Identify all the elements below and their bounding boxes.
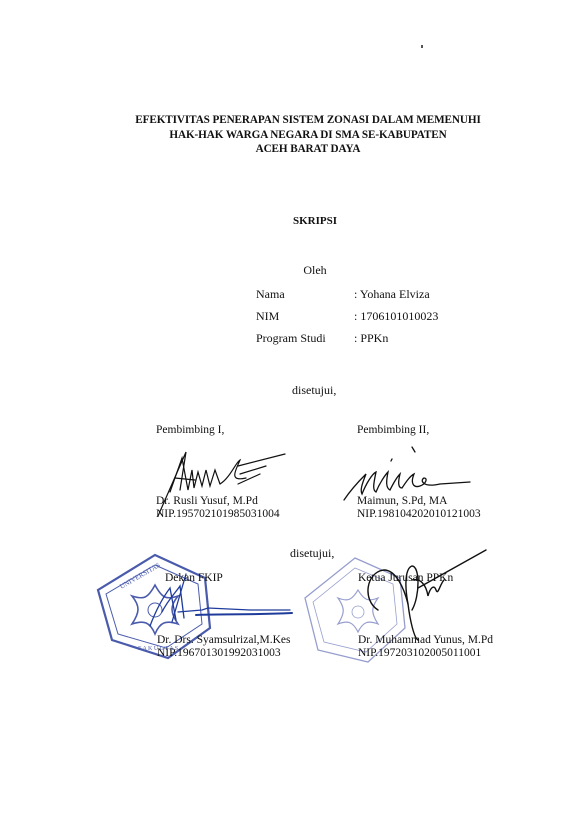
official-1-role: Dekan FKIP: [165, 571, 223, 585]
official-1-nip: NIP.196701301992031003: [157, 646, 281, 660]
supervisor-1-nip: NIP.195702101985031004: [156, 507, 280, 521]
supervisor-2-role: Pembimbing II,: [357, 423, 429, 437]
thesis-title-line-2: HAK-HAK WARGA NEGARA DI SMA SE-KABUPATEN: [100, 128, 516, 143]
thesis-title-line-3: ACEH BARAT DAYA: [100, 142, 516, 157]
info-label: Nama: [256, 287, 285, 302]
scan-speck: [421, 45, 423, 48]
signature-supervisor-2-icon: [344, 447, 470, 500]
thesis-title-line-1: EFEKTIVITAS PENERAPAN SISTEM ZONASI DALA…: [100, 113, 516, 128]
info-label: Program Studi: [256, 331, 326, 346]
approval-label-supervisors: disetujui,: [292, 383, 336, 398]
supervisor-1-role: Pembimbing I,: [156, 423, 224, 437]
document-type: SKRIPSI: [0, 215, 579, 227]
approval-label-officials: disetujui,: [290, 546, 334, 561]
supervisor-2-name: Maimun, S.Pd, MA: [357, 494, 447, 508]
official-2-nip: NIP.197203102005011001: [358, 646, 481, 660]
supervisor-1-name: Dr. Rusli Yusuf, M.Pd: [156, 494, 258, 508]
signature-department-head-icon: [368, 550, 486, 640]
info-value: : PPKn: [354, 331, 388, 346]
official-1-name: Dr. Drs. Syamsulrizal,M.Kes: [157, 633, 291, 647]
official-2-name: Dr. Muhammad Yunus, M.Pd: [358, 633, 493, 647]
svg-text:UNIVERSITAS: UNIVERSITAS: [118, 561, 161, 591]
info-value: : Yohana Elviza: [354, 287, 430, 302]
official-2-role: Ketua Jurusan PPKn: [358, 571, 453, 585]
info-label: NIM: [256, 309, 279, 324]
by-label: Oleh: [0, 263, 579, 278]
thesis-title: EFEKTIVITAS PENERAPAN SISTEM ZONASI DALA…: [100, 113, 516, 157]
info-value: : 1706101010023: [354, 309, 438, 324]
supervisor-2-nip: NIP.198104202010121003: [357, 507, 481, 521]
